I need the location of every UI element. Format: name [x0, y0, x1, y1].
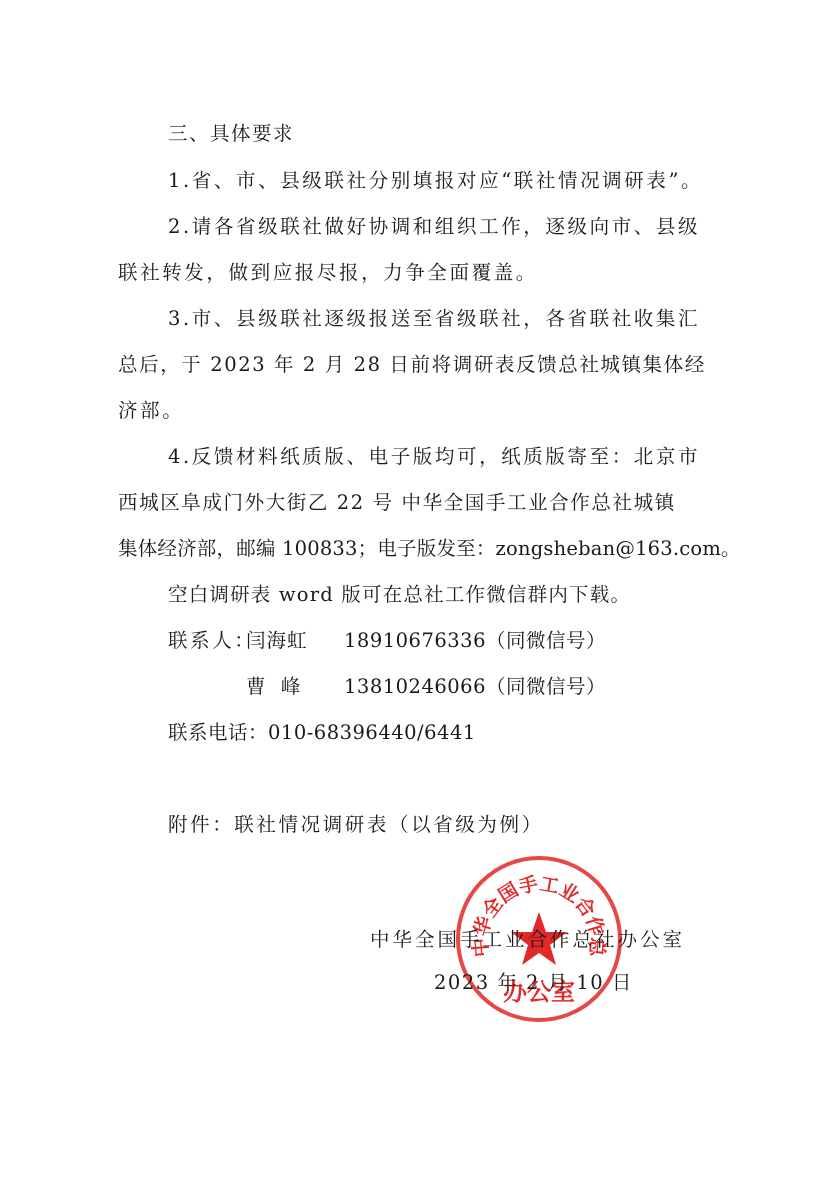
attachment-line: 附件：联社情况调研表（以省级为例）	[168, 809, 544, 837]
contact-1-name: 闫海虹	[246, 625, 308, 653]
section-heading: 三、具体要求	[168, 118, 294, 146]
download-note: 空白调研表 word 版可在总社工作微信群内下载。	[168, 579, 631, 607]
contact-tel: 联系电话：010-68396440/6441	[168, 717, 476, 745]
contact-1-phone: 18910676336（同微信号）	[344, 625, 606, 653]
item-3-line-1: 3.市、县级联社逐级报送至省级联社，各省联社收集汇	[168, 303, 700, 331]
signature-org: 中华全国手工业合作总社办公室	[370, 924, 685, 952]
item-3-line-3: 济部。	[118, 395, 184, 423]
contact-2-phone: 13810246066（同微信号）	[344, 671, 606, 699]
item-3-line-2: 总后，于 2023 年 2 月 28 日前将调研表反馈总社城镇集体经	[118, 349, 706, 377]
item-4-line-1: 4.反馈材料纸质版、电子版均可，纸质版寄至：北京市	[168, 441, 700, 469]
signature-date: 2023 年 2 月 10 日	[434, 967, 633, 995]
contacts-label: 联系人：	[168, 625, 256, 653]
item-4-line-2: 西城区阜成门外大街乙 22 号 中华全国手工业合作总社城镇	[118, 487, 676, 515]
item-1-line-1: 1.省、市、县级联社分别填报对应“联社情况调研表”。	[168, 165, 703, 193]
item-2-line-2: 联社转发，做到应报尽报，力争全面覆盖。	[118, 257, 538, 285]
item-4-line-3: 集体经济部，邮编 100833；电子版发至：zongsheban@163.com…	[118, 533, 741, 561]
item-2-line-1: 2.请各省级联社做好协调和组织工作，逐级向市、县级	[168, 211, 700, 239]
contact-2-name: 曹 峰	[246, 671, 301, 699]
